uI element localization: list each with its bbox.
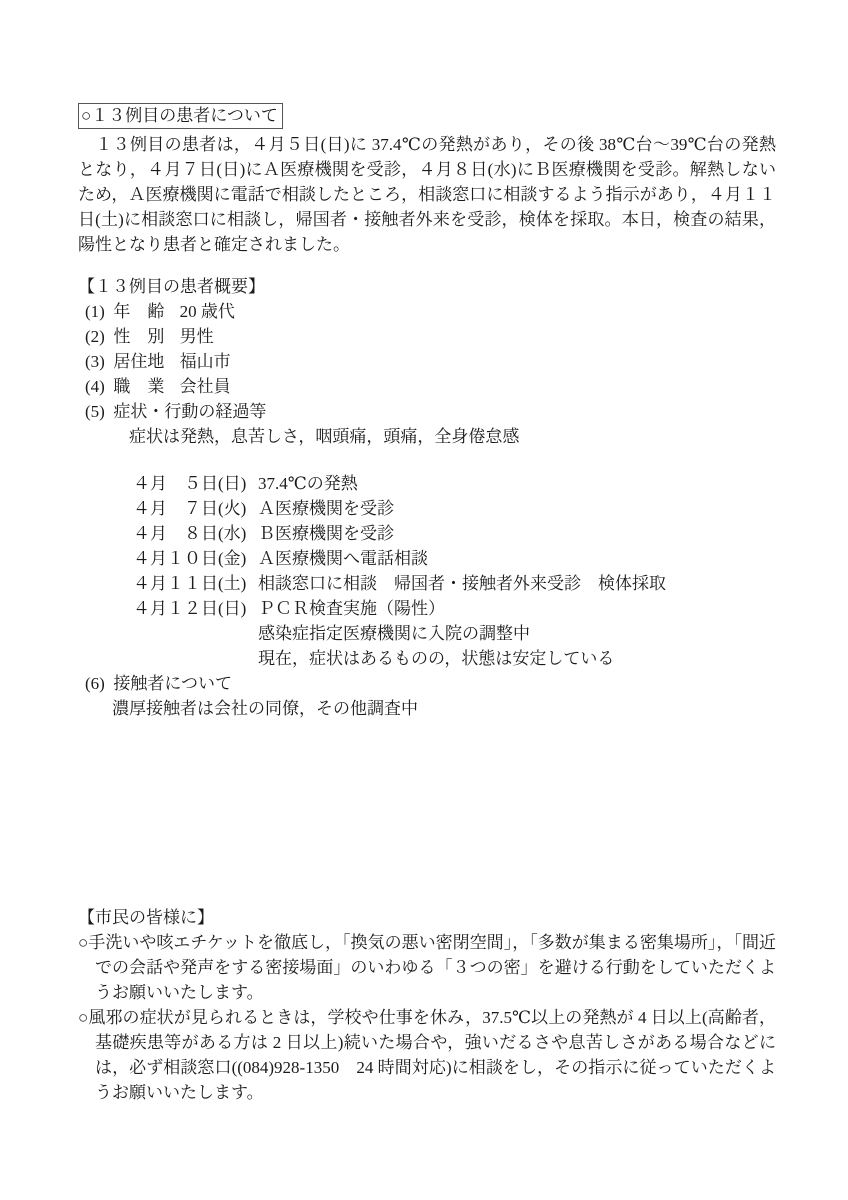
citizens-bullet-text: 手洗いや咳エチケットを徹底し，「換気の悪い密閉空間」，「多数が集まる密集場所」，… — [88, 933, 776, 1002]
patient-summary-list: (1)年 齢20 歳代 (2)性 別男性 (3)居住地福山市 (4)職 業会社員… — [78, 299, 776, 449]
item-label: 職 業 — [113, 377, 164, 396]
item-label: 接触者について — [113, 674, 232, 693]
item-value: 男性 — [180, 327, 214, 346]
timeline-row: ４月 ７日(火)Ａ医療機関を受診 — [78, 496, 776, 521]
citizens-bullet-text: 風邪の症状が見られるときは，学校や仕事を休み，37.5℃以上の発熱が 4 日以上… — [88, 1008, 776, 1102]
timeline-event: 現在，症状はあるものの，状態は安定している — [258, 646, 776, 671]
case13-title-box: ○１３例目の患者について — [78, 103, 283, 129]
timeline-date: ４月 ５日(日) — [133, 471, 258, 496]
item-label: 性 別 — [113, 327, 164, 346]
item-number: (5) — [85, 402, 105, 421]
timeline-date: ４月 ８日(水) — [133, 521, 258, 546]
document-page: ○１３例目の患者について １３例目の患者は，４月５日(日)に 37.4℃の発熱が… — [0, 0, 848, 1200]
timeline-date: ４月１１日(土) — [133, 571, 258, 596]
citizens-bullet-3cs: ○手洗いや咳エチケットを徹底し，「換気の悪い密閉空間」，「多数が集まる密集場所」… — [78, 930, 776, 1005]
timeline-row: ４月 ５日(日)37.4℃の発熱 — [78, 471, 776, 496]
circle-bullet-marker: ○ — [78, 1008, 88, 1027]
item-label: 症状・行動の経過等 — [113, 402, 266, 421]
citizens-heading: 【市民の皆様に】 — [78, 905, 776, 930]
item-label: 年 齢 — [113, 302, 164, 321]
summary-item-residence: (3)居住地福山市 — [78, 349, 776, 374]
timeline: ４月 ５日(日)37.4℃の発熱 ４月 ７日(火)Ａ医療機関を受診 ４月 ８日(… — [78, 471, 776, 671]
item-number: (4) — [85, 377, 105, 396]
timeline-row: ４月 ８日(水)Ｂ医療機関を受診 — [78, 521, 776, 546]
case13-title-text: ○１３例目の患者について — [81, 106, 278, 125]
timeline-row: ４月１２日(日)ＰＣＲ検査実施（陽性） — [78, 596, 776, 621]
timeline-event: Ａ医療機関を受診 — [258, 496, 776, 521]
summary-item-age: (1)年 齢20 歳代 — [78, 299, 776, 324]
timeline-row: ４月１１日(土)相談窓口に相談 帰国者・接触者外来受診 検体採取 — [78, 571, 776, 596]
item-number: (1) — [85, 302, 105, 321]
timeline-event: Ａ医療機関へ電話相談 — [258, 546, 776, 571]
item-number: (2) — [85, 327, 105, 346]
timeline-event: ＰＣＲ検査実施（陽性） — [258, 596, 776, 621]
timeline-event: 相談窓口に相談 帰国者・接触者外来受診 検体採取 — [258, 571, 776, 596]
timeline-date — [133, 621, 258, 646]
citizens-bullet-fever: ○風邪の症状が見られるときは，学校や仕事を休み，37.5℃以上の発熱が 4 日以… — [78, 1005, 776, 1105]
timeline-row: 現在，症状はあるものの，状態は安定している — [78, 646, 776, 671]
patient-summary-heading: 【１３例目の患者概要】 — [78, 274, 776, 299]
contact-note: 濃厚接触者は会社の同僚，その他調査中 — [78, 696, 776, 721]
item-number: (3) — [85, 352, 105, 371]
timeline-row: ４月１０日(金)Ａ医療機関へ電話相談 — [78, 546, 776, 571]
timeline-event: 感染症指定医療機関に入院の調整中 — [258, 621, 776, 646]
summary-item-occupation: (4)職 業会社員 — [78, 374, 776, 399]
summary-item-contacts: (6)接触者について — [78, 671, 776, 696]
item-value: 福山市 — [180, 352, 231, 371]
item-value: 20 歳代 — [180, 302, 235, 321]
timeline-event: 37.4℃の発熱 — [258, 471, 776, 496]
timeline-date: ４月 ７日(火) — [133, 496, 258, 521]
summary-item-sex: (2)性 別男性 — [78, 324, 776, 349]
blank-spacer — [78, 721, 776, 905]
timeline-date: ４月１２日(日) — [133, 596, 258, 621]
symptoms-line: 症状は発熱，息苦しさ，咽頭痛，頭痛，全身倦怠感 — [78, 424, 776, 449]
circle-bullet-marker: ○ — [78, 933, 88, 952]
timeline-date — [133, 646, 258, 671]
item-label: 居住地 — [113, 352, 164, 371]
item-number: (6) — [85, 674, 105, 693]
summary-item-symptom-course: (5)症状・行動の経過等 — [78, 399, 776, 424]
timeline-event: Ｂ医療機関を受診 — [258, 521, 776, 546]
timeline-date: ４月１０日(金) — [133, 546, 258, 571]
item-value: 会社員 — [180, 377, 231, 396]
timeline-row: 感染症指定医療機関に入院の調整中 — [78, 621, 776, 646]
case13-intro-paragraph: １３例目の患者は，４月５日(日)に 37.4℃の発熱があり，その後 38℃台～3… — [78, 132, 776, 257]
